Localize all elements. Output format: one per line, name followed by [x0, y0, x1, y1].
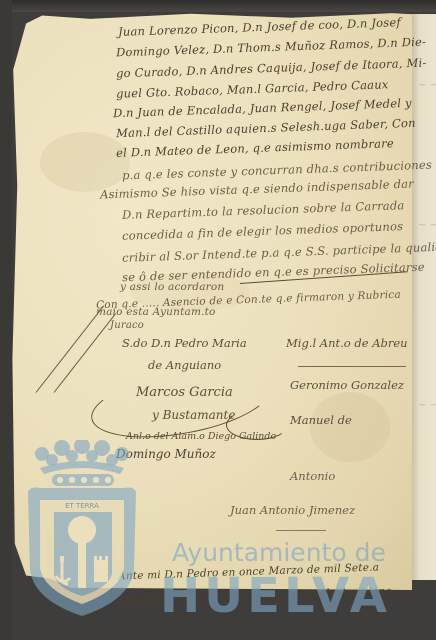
watermark-line-2: HUELVA — [160, 568, 391, 624]
crest-motto-left: PORTUS MARIS — [42, 522, 49, 567]
signature: S.do D.n Pedro Maria — [122, 336, 247, 350]
huelva-crest-watermark: ET TERRA PORTUS MARIS CUSTODIA — [20, 440, 140, 620]
adjacent-page-bleed: ~ ~ — [418, 220, 436, 231]
signature: Mig.l Ant.o de Abreu — [286, 336, 408, 350]
paper-stain — [310, 392, 390, 462]
scan-top-border — [0, 0, 436, 12]
adjacent-page-edge — [412, 14, 436, 580]
watermark-line-1: Ayuntamiento de — [172, 538, 386, 567]
crest-motto-top: ET TERRA — [65, 502, 99, 510]
signature-rule — [298, 366, 406, 367]
signature: Juan Antonio Jimenez — [230, 503, 355, 517]
text-line: y assi lo acordaron — [120, 281, 224, 293]
signature: Manuel de — [290, 413, 352, 427]
signature: Geronimo Gonzalez — [290, 378, 404, 392]
margin-note: Juraco — [110, 320, 144, 331]
paper-stain — [40, 132, 130, 192]
signature: Antonio — [290, 469, 335, 483]
adjacent-page-bleed: ~ ~ — [418, 80, 436, 91]
scan-left-border — [0, 0, 12, 640]
adjacent-page-bleed: ~ ~ — [418, 400, 436, 411]
crest-motto-right: CUSTODIA — [115, 529, 122, 561]
signature-flourish — [226, 410, 288, 440]
signature-rule — [276, 530, 326, 531]
